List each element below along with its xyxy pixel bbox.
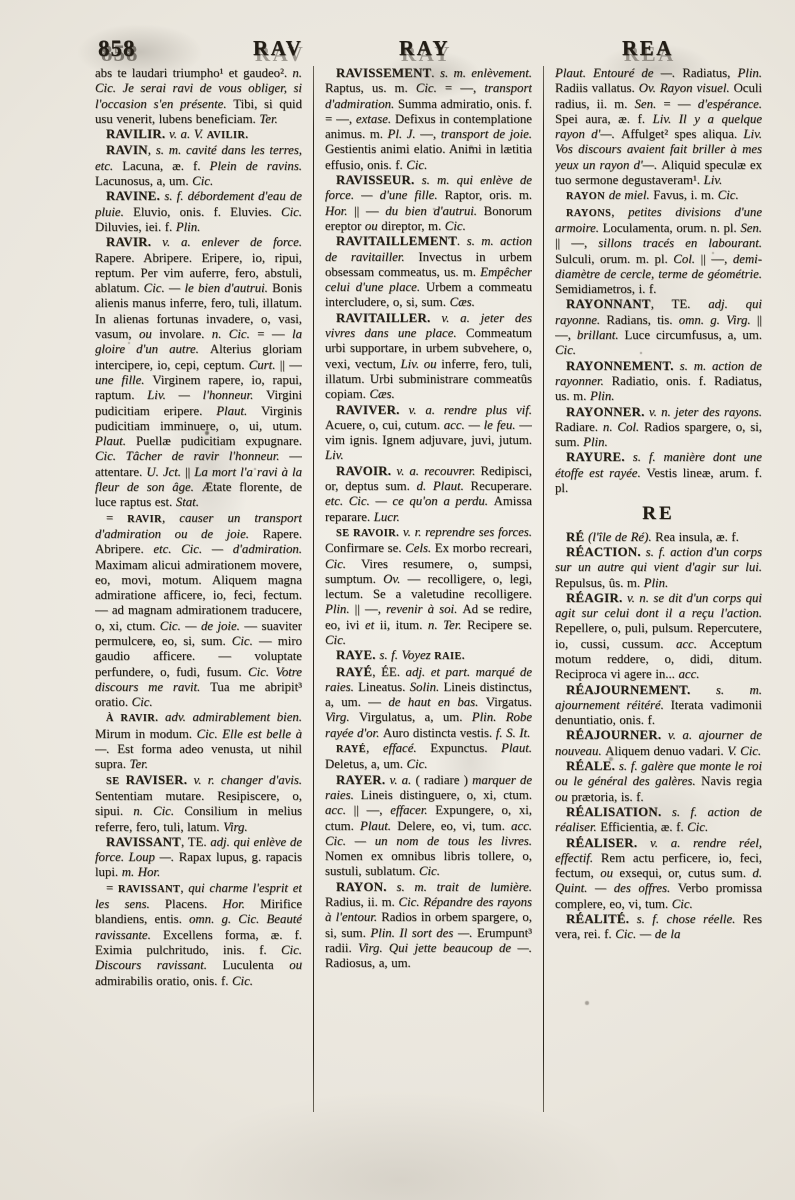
entry-ravitailler: RAVITAILLER. v. a. jeter des vivres dans… [325,311,532,403]
entry-rayon: RAYON. s. m. trait de lumière. Radius, i… [325,880,532,972]
running-head-rea: REA [622,36,674,61]
entry-reale: RÉALE. s. f. galère que monte le roi ou … [555,759,762,805]
entry-rayonner: RAYONNER. v. n. jeter des rayons. Radiar… [555,405,762,451]
entry-rayer: RAYER. v. a. ( radiare ) marquer de raie… [325,773,532,880]
entry-raye-efface: RAYÉ, effacé. Expunctus. Plaut. Deletus,… [325,741,532,773]
entry-reagir: RÉAGIR. v. n. se dit d'un corps qui agit… [555,591,762,683]
entry-rayon-miel: RAYON de miel. Favus, i. m. Cic. [555,188,762,204]
entry-rayons: RAYONS, petites divisions d'une armoire.… [555,205,762,298]
entry-raye: RAYE. s. f. Voyez RAIE. [325,648,532,664]
section-heading-re: RE [555,506,762,521]
column-1: abs te laudari triumpho¹ et gaudeo². n. … [95,66,302,1112]
entry-raviver: RAVIVER. v. a. rendre plus vif. Acuere, … [325,403,532,464]
entry-raye-adj: RAYÉ, ÉE. adj. et part. marqué de raies.… [325,665,532,741]
entry-rayonnant: RAYONNANT, TE. adj. qui rayonne. Radians… [555,297,762,358]
entry-a-ravir: À RAVIR. adv. admirablement bien. Mirum … [95,710,302,772]
column-3: Plaut. Entouré de —. Radiatus, Plin. Rad… [555,66,762,1112]
entry-realiser: RÉALISER. v. a. rendre réel, effectif. R… [555,836,762,912]
entry-ravissant: RAVISSANT, TE. adj. qui enlève de force.… [95,835,302,881]
column-rule-1 [313,66,314,1112]
column-2: RAVISSEMENT. s. m. enlèvement. Raptus, u… [325,66,532,1112]
entry-re-ile: RÉ (l'île de Ré). Rea insula, æ. f. [555,530,762,545]
entry-ravi-continuation: abs te laudari triumpho¹ et gaudeo². n. … [95,66,302,127]
running-head-ray: RAY [399,36,450,61]
entry-reajournement: RÉAJOURNEMENT. s. m. ajournement réitéré… [555,683,762,729]
entry-reajourner: RÉAJOURNER. v. a. ajourner de nouveau. A… [555,728,762,759]
page-number: 858 [98,36,136,62]
running-head-rav: RAV [253,36,303,61]
entry-rayure: RAYURE. s. f. manière dont une étoffe es… [555,450,762,496]
column-rule-2 [543,66,544,1112]
entry-reaction: RÉACTION. s. f. action d'un corps sur un… [555,545,762,591]
entry-realite: RÉALITÉ. s. f. chose réelle. Res vera, r… [555,912,762,943]
entry-se-raviser: SE RAVISER. v. r. changer d'avis. Senten… [95,773,302,835]
entry-rayonnement: RAYONNEMENT. s. m. action de rayonner. R… [555,359,762,405]
entry-ravisseur: RAVISSEUR. s. m. qui enlève de force. — … [325,173,532,234]
entry-ravin: RAVIN, s. m. cavité dans les terres, etc… [95,143,302,189]
entry-ravine: RAVINE. s. f. débordement d'eau de pluie… [95,189,302,235]
page-header: 858 RAV RAY REA [0,34,795,64]
entry-ravir-transport: = RAVIR, causer un transport d'admiratio… [95,511,302,711]
entry-ravissant-charme: = RAVISSANT, qui charme l'esprit et les … [95,881,302,989]
entry-ravir: RAVIR. v. a. enlever de force. Rapere. A… [95,235,302,510]
entry-ravilir: RAVILIR. v. a. V. AVILIR. [95,127,302,143]
entry-realisation: RÉALISATION. s. f. action de réaliser. E… [555,805,762,836]
entry-rayon-continuation: Plaut. Entouré de —. Radiatus, Plin. Rad… [555,66,762,188]
entry-ravitaillement: RAVITAILLEMENT. s. m. action de ravitail… [325,234,532,310]
entry-ravoir: RAVOIR. v. a. recouvrer. Redipisci, or, … [325,464,532,525]
text-columns: abs te laudari triumpho¹ et gaudeo². n. … [95,66,762,1112]
entry-ravissement: RAVISSEMENT. s. m. enlèvement. Raptus, u… [325,66,532,173]
dictionary-page: 858 RAV RAY REA abs te laudari triumpho¹… [0,0,795,1200]
entry-se-ravoir: SE RAVOIR. v. r. reprendre ses forces. C… [325,525,532,648]
ink-specks [0,0,2,2]
